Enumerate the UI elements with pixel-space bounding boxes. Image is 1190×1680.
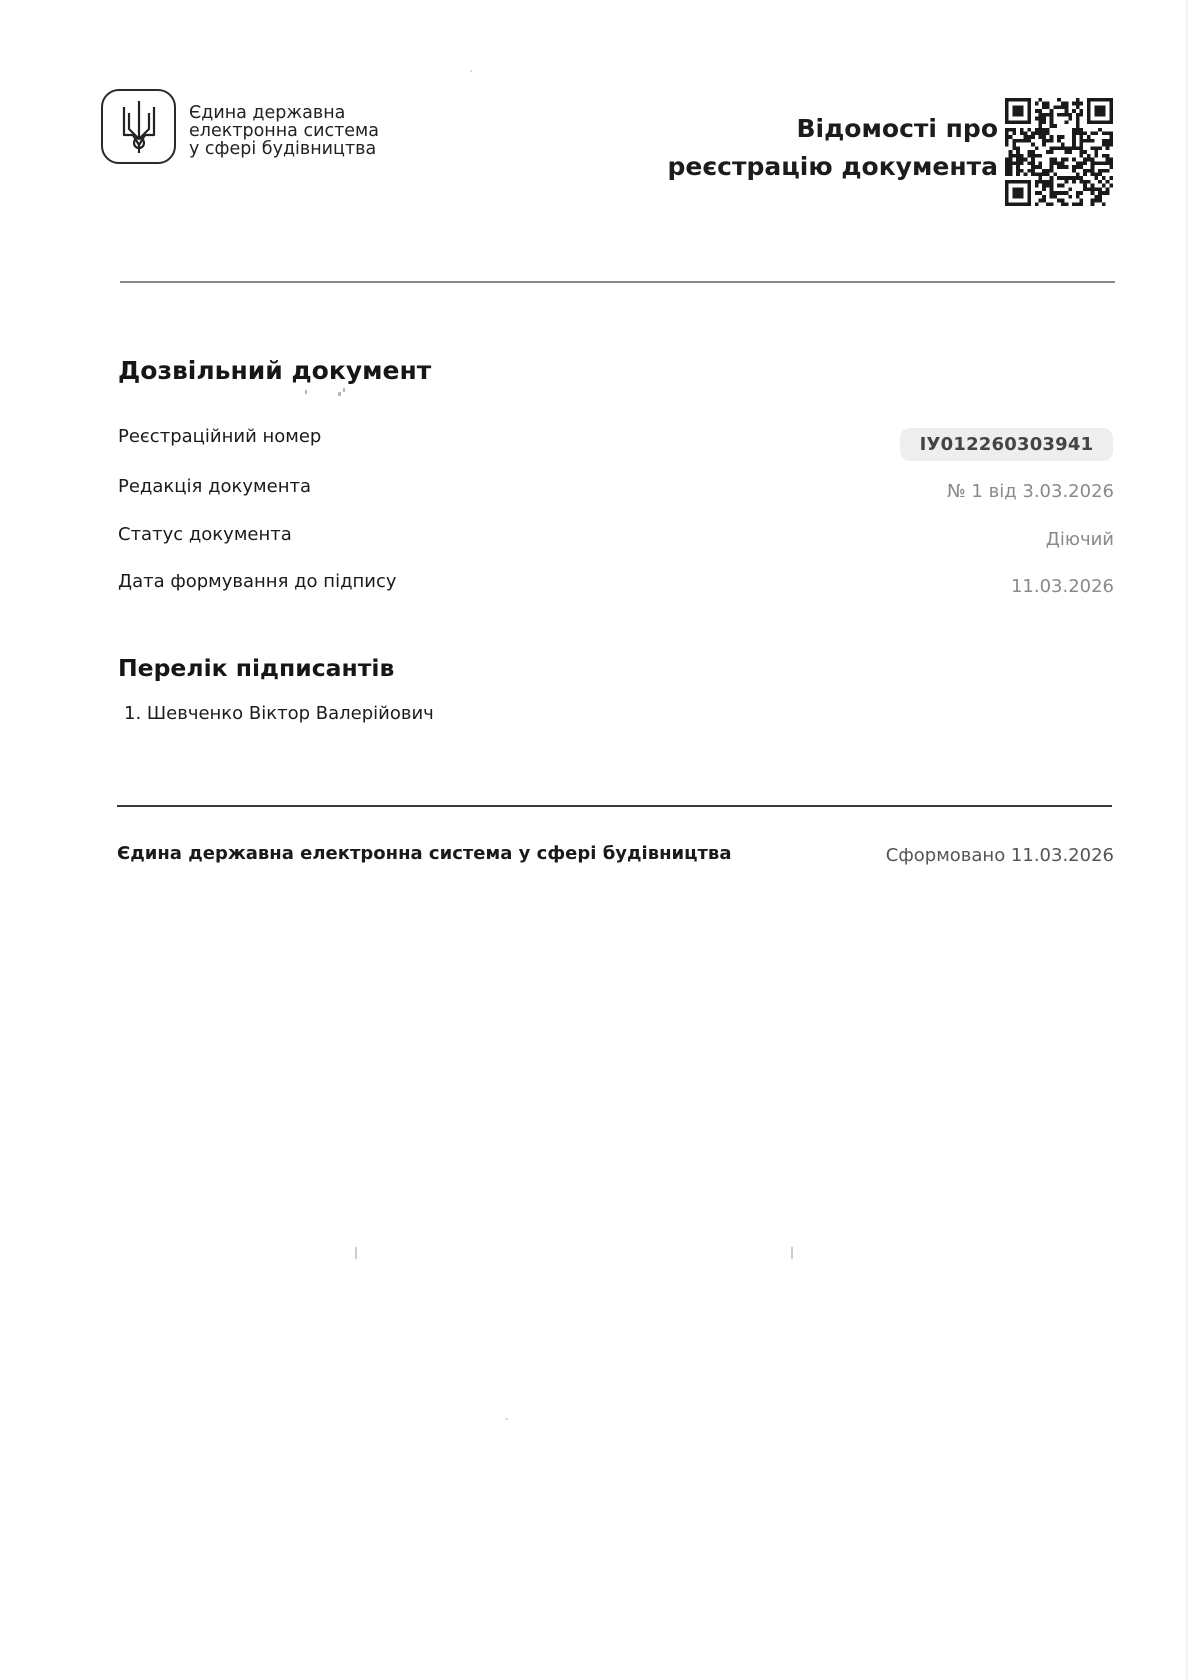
page-title-line: Відомості про	[667, 110, 998, 148]
field-label-revision: Редакція документа	[118, 476, 311, 497]
field-value-revision: № 1 від 3.03.2026	[947, 481, 1114, 502]
logo-emblem	[101, 89, 176, 164]
header-divider	[120, 281, 1115, 283]
signers-heading: Перелік підписантів	[118, 654, 394, 682]
qr-code-icon	[1005, 98, 1113, 206]
status-value: Діючий	[1046, 529, 1114, 550]
footer-generated-date: Сформовано 11.03.2026	[886, 845, 1114, 866]
footer-divider	[117, 805, 1112, 807]
footer-system-name: Єдина державна електронна система у сфер…	[117, 843, 731, 864]
field-value-formation-date: 11.03.2026	[1011, 576, 1114, 597]
field-label-registration-number: Реєстраційний номер	[118, 426, 321, 447]
field-label-formation-date: Дата формування до підпису	[118, 571, 397, 592]
page-title-line: реєстрацію документа	[667, 148, 998, 186]
page-title: Відомості про реєстрацію документа	[667, 110, 998, 186]
system-name-line: Єдина державна	[189, 104, 379, 122]
document-heading: Дозвільний документ	[118, 356, 431, 385]
system-name-line: електронна система	[189, 122, 379, 140]
field-label-status: Статус документа	[118, 524, 292, 545]
signer-list-item: 1. Шевченко Віктор Валерійович	[124, 703, 434, 724]
registration-number-badge: ІУ012260303941	[900, 428, 1113, 461]
trident-coat-of-arms-icon	[121, 99, 157, 155]
system-name: Єдина державна електронна система у сфер…	[189, 104, 379, 158]
system-name-line: у сфері будівництва	[189, 140, 379, 158]
